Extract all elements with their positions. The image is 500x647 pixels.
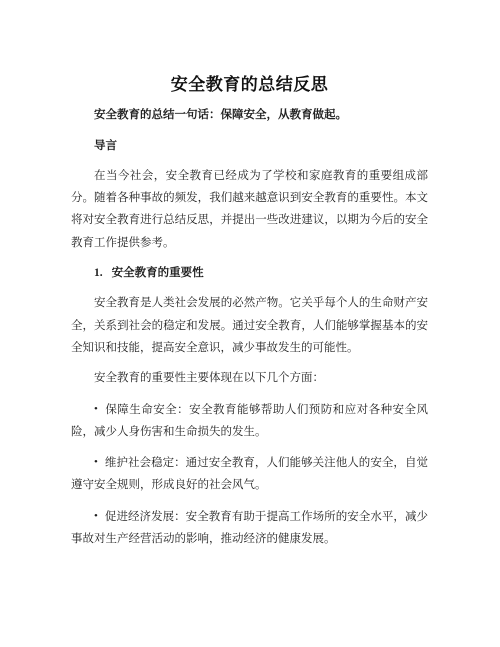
bullet-item-2: •维护社会稳定：通过安全教育，人们能够关注他人的安全，自觉遵守安全规则，形成良好… (71, 451, 428, 497)
bullet-item-3: •促进经济发展：安全教育有助于提高工作场所的安全水平，减少事故对生产经营活动的影… (71, 505, 428, 551)
bullet-item-1-text: 保障生命安全：安全教育能够帮助人们预防和应对各种安全风险，减少人身伤害和生命损失… (71, 404, 428, 438)
intro-heading: 导言 (71, 135, 428, 157)
bullet-item-2-text: 维护社会稳定：通过安全教育，人们能够关注他人的安全，自觉遵守安全规则，形成良好的… (71, 457, 428, 491)
summary-sentence: 安全教育的总结一句话：保障安全，从教育做起。 (71, 104, 428, 126)
document-title: 安全教育的总结反思 (71, 74, 428, 96)
bullet-icon: • (94, 398, 98, 420)
bullet-icon: • (94, 451, 98, 473)
bullet-item-3-text: 促进经济发展：安全教育有助于提高工作场所的安全水平，减少事故对生产经营活动的影响… (71, 511, 428, 545)
bullet-icon: • (94, 505, 98, 527)
section-1-paragraph-1: 安全教育是人类社会发展的必然产物。它关乎每个人的生命财产安全，关系到社会的稳定和… (71, 292, 428, 359)
section-1-heading: 1.安全教育的重要性 (71, 262, 428, 284)
section-1-paragraph-2: 安全教育的重要性主要体现在以下几个方面： (71, 367, 428, 389)
intro-paragraph: 在当今社会，安全教育已经成为了学校和家庭教育的重要组成部分。随着各种事故的频发，… (71, 165, 428, 254)
bullet-item-1: •保障生命安全：安全教育能够帮助人们预防和应对各种安全风险，减少人身伤害和生命损… (71, 398, 428, 444)
section-1-title: 安全教育的重要性 (112, 267, 204, 279)
document-page: 安全教育的总结反思 安全教育的总结一句话：保障安全，从教育做起。 导言 在当今社… (0, 0, 500, 647)
section-1-number: 1. (94, 267, 103, 279)
